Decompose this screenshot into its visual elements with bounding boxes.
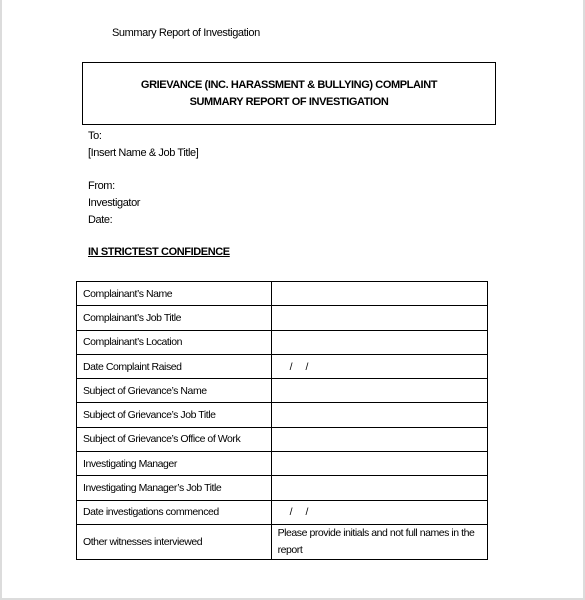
- row-value[interactable]: [271, 379, 487, 403]
- row-value[interactable]: [271, 330, 487, 354]
- row-value[interactable]: [271, 403, 487, 427]
- row-label: Date Complaint Raised: [77, 354, 272, 378]
- row-label: Subject of Grievance’s Office of Work: [77, 427, 272, 451]
- row-label: Complainant’s Job Title: [77, 306, 272, 330]
- row-value[interactable]: [271, 427, 487, 451]
- table-row: Other witnesses interviewed Please provi…: [77, 524, 488, 559]
- table-row: Subject of Grievance’s Name: [77, 379, 488, 403]
- from-value[interactable]: Investigator: [88, 197, 140, 209]
- row-value[interactable]: [271, 476, 487, 500]
- row-label: Complainant’s Name: [77, 282, 272, 306]
- from-label: From:: [88, 180, 115, 192]
- date-raised-value[interactable]: / /: [271, 354, 487, 378]
- row-label: Other witnesses interviewed: [77, 524, 272, 559]
- title-box: GRIEVANCE (INC. HARASSMENT & BULLYING) C…: [82, 62, 496, 125]
- table-row: Date Complaint Raised / /: [77, 354, 488, 378]
- row-value[interactable]: [271, 452, 487, 476]
- row-label: Investigating Manager’s Job Title: [77, 476, 272, 500]
- running-header: Summary Report of Investigation: [112, 27, 260, 39]
- date-commenced-value[interactable]: / /: [271, 500, 487, 524]
- title-line-2: SUMMARY REPORT OF INVESTIGATION: [83, 96, 495, 108]
- witnesses-note[interactable]: Please provide initials and not full nam…: [271, 524, 487, 559]
- row-label: Subject of Grievance’s Name: [77, 379, 272, 403]
- row-label: Investigating Manager: [77, 452, 272, 476]
- row-label: Complainant’s Location: [77, 330, 272, 354]
- to-label: To:: [88, 130, 101, 142]
- details-table: Complainant’s Name Complainant’s Job Tit…: [76, 281, 488, 560]
- table-row: Investigating Manager: [77, 452, 488, 476]
- document-page: Summary Report of Investigation GRIEVANC…: [0, 0, 585, 600]
- confidential-heading: IN STRICTEST CONFIDENCE: [88, 246, 230, 258]
- table-row: Complainant’s Job Title: [77, 306, 488, 330]
- table-row: Subject of Grievance’s Office of Work: [77, 427, 488, 451]
- table-row: Investigating Manager’s Job Title: [77, 476, 488, 500]
- title-line-1: GRIEVANCE (INC. HARASSMENT & BULLYING) C…: [83, 79, 495, 91]
- row-label: Date investigations commenced: [77, 500, 272, 524]
- table-row: Complainant’s Name: [77, 282, 488, 306]
- row-value[interactable]: [271, 306, 487, 330]
- table-row: Date investigations commenced / /: [77, 500, 488, 524]
- row-label: Subject of Grievance’s Job Title: [77, 403, 272, 427]
- table-row: Complainant’s Location: [77, 330, 488, 354]
- date-label: Date:: [88, 214, 112, 226]
- row-value[interactable]: [271, 282, 487, 306]
- table-row: Subject of Grievance’s Job Title: [77, 403, 488, 427]
- to-value[interactable]: [Insert Name & Job Title]: [88, 147, 198, 159]
